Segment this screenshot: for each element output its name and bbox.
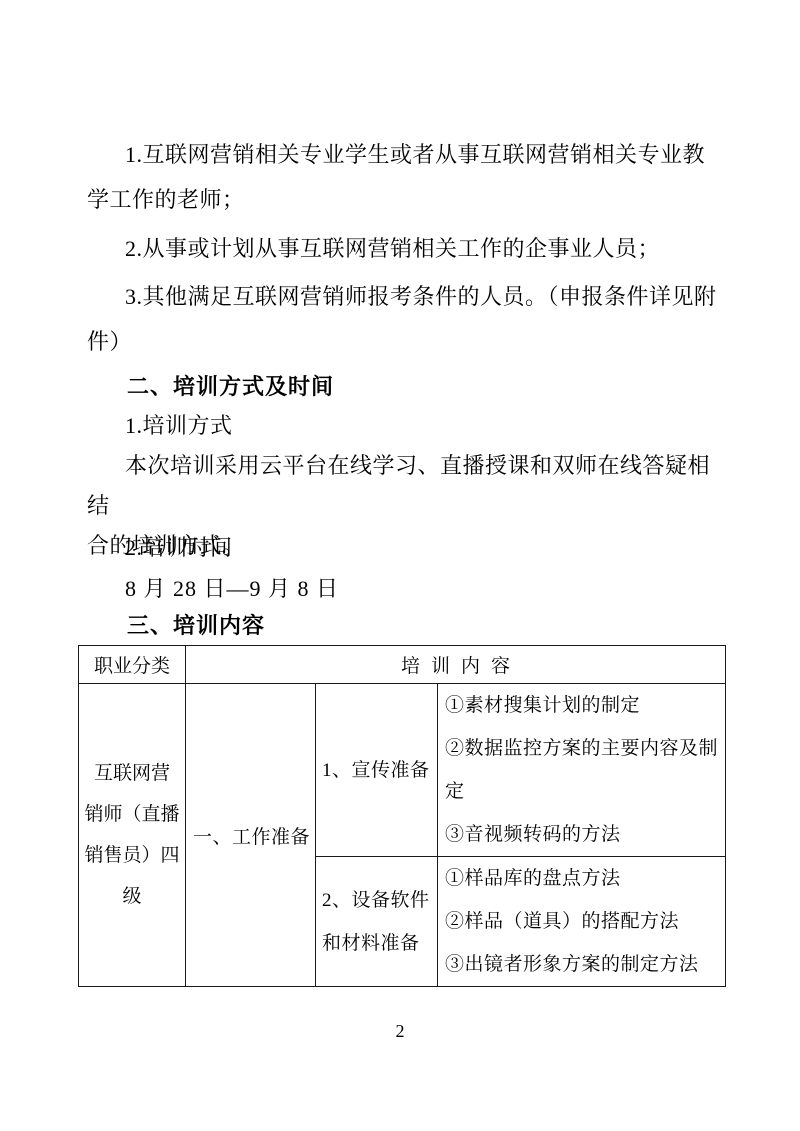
text-line: 互联网营 [79, 753, 185, 794]
text-line: 级 [79, 876, 185, 917]
text-line: ②数据监控方案的主要内容及制 [445, 727, 725, 770]
text-line: 销售员）四 [79, 835, 185, 876]
eligibility-item-2: 2.从事或计划从事互联网营销相关工作的企事业人员； [87, 226, 727, 271]
page-number: 2 [0, 1020, 800, 1042]
cell-module-work-preparation: 一、工作准备 [186, 684, 316, 987]
text-line: 件） [87, 319, 727, 364]
text-line: 和材料准备 [322, 922, 437, 965]
text-line: 1、宣传准备 [322, 749, 437, 792]
header-training-content: 培训内容 [186, 646, 726, 684]
header-occupation-category: 职业分类 [79, 646, 186, 684]
cell-items-publicity: ①素材搜集计划的制定②数据监控方案的主要内容及制定③音视频转码的方法 [438, 684, 726, 857]
subpoint-training-method: 1.培训方式 [87, 406, 727, 446]
text-line: 销师（直播 [79, 794, 185, 835]
table-row: 互联网营销师（直播销售员）四级 一、工作准备 1、宣传准备 ①素材搜集计划的制定… [79, 684, 726, 857]
cell-occupation: 互联网营销师（直播销售员）四级 [79, 684, 186, 987]
text-line: 学工作的老师； [87, 177, 727, 222]
text-line: ③音视频转码的方法 [445, 813, 725, 856]
text-line: ②样品（道具）的搭配方法 [445, 900, 725, 943]
text-line: ①样品库的盘点方法 [445, 857, 725, 900]
cell-items-equipment: ①样品库的盘点方法②样品（道具）的搭配方法③出镜者形象方案的制定方法 [438, 857, 726, 987]
text-line: 定 [445, 770, 725, 813]
table-header-row: 职业分类 培训内容 [79, 646, 726, 684]
text-line: 3.其他满足互联网营销师报考条件的人员。（申报条件详见附 [87, 274, 727, 319]
eligibility-item-1: 1.互联网营销相关专业学生或者从事互联网营销相关专业教学工作的老师； [87, 132, 727, 222]
text-line: ③出镜者形象方案的制定方法 [445, 943, 725, 986]
eligibility-item-3: 3.其他满足互联网营销师报考条件的人员。（申报条件详见附件） [87, 274, 727, 364]
section-heading-training-method-time: 二、培训方式及时间 [87, 367, 727, 407]
document-page: 1.互联网营销相关专业学生或者从事互联网营销相关专业教学工作的老师； 2.从事或… [0, 0, 800, 1131]
section-heading-training-content: 三、培训内容 [87, 606, 727, 646]
cell-task-publicity-preparation: 1、宣传准备 [316, 684, 438, 857]
subpoint-training-time: 2.培训时间 [87, 528, 727, 568]
text-line: 1.互联网营销相关专业学生或者从事互联网营销相关专业教 [87, 132, 727, 177]
text-line: 本次培训采用云平台在线学习、直播授课和双师在线答疑相结 [87, 446, 727, 526]
training-content-table: 职业分类 培训内容 互联网营销师（直播销售员）四级 一、工作准备 1、宣传准备 … [78, 645, 726, 987]
text-line: 2、设备软件 [322, 879, 437, 922]
cell-task-equipment-preparation: 2、设备软件和材料准备 [316, 857, 438, 987]
training-date-range: 8 月 28 日—9 月 8 日 [87, 569, 727, 609]
text-line: ①素材搜集计划的制定 [445, 684, 725, 727]
